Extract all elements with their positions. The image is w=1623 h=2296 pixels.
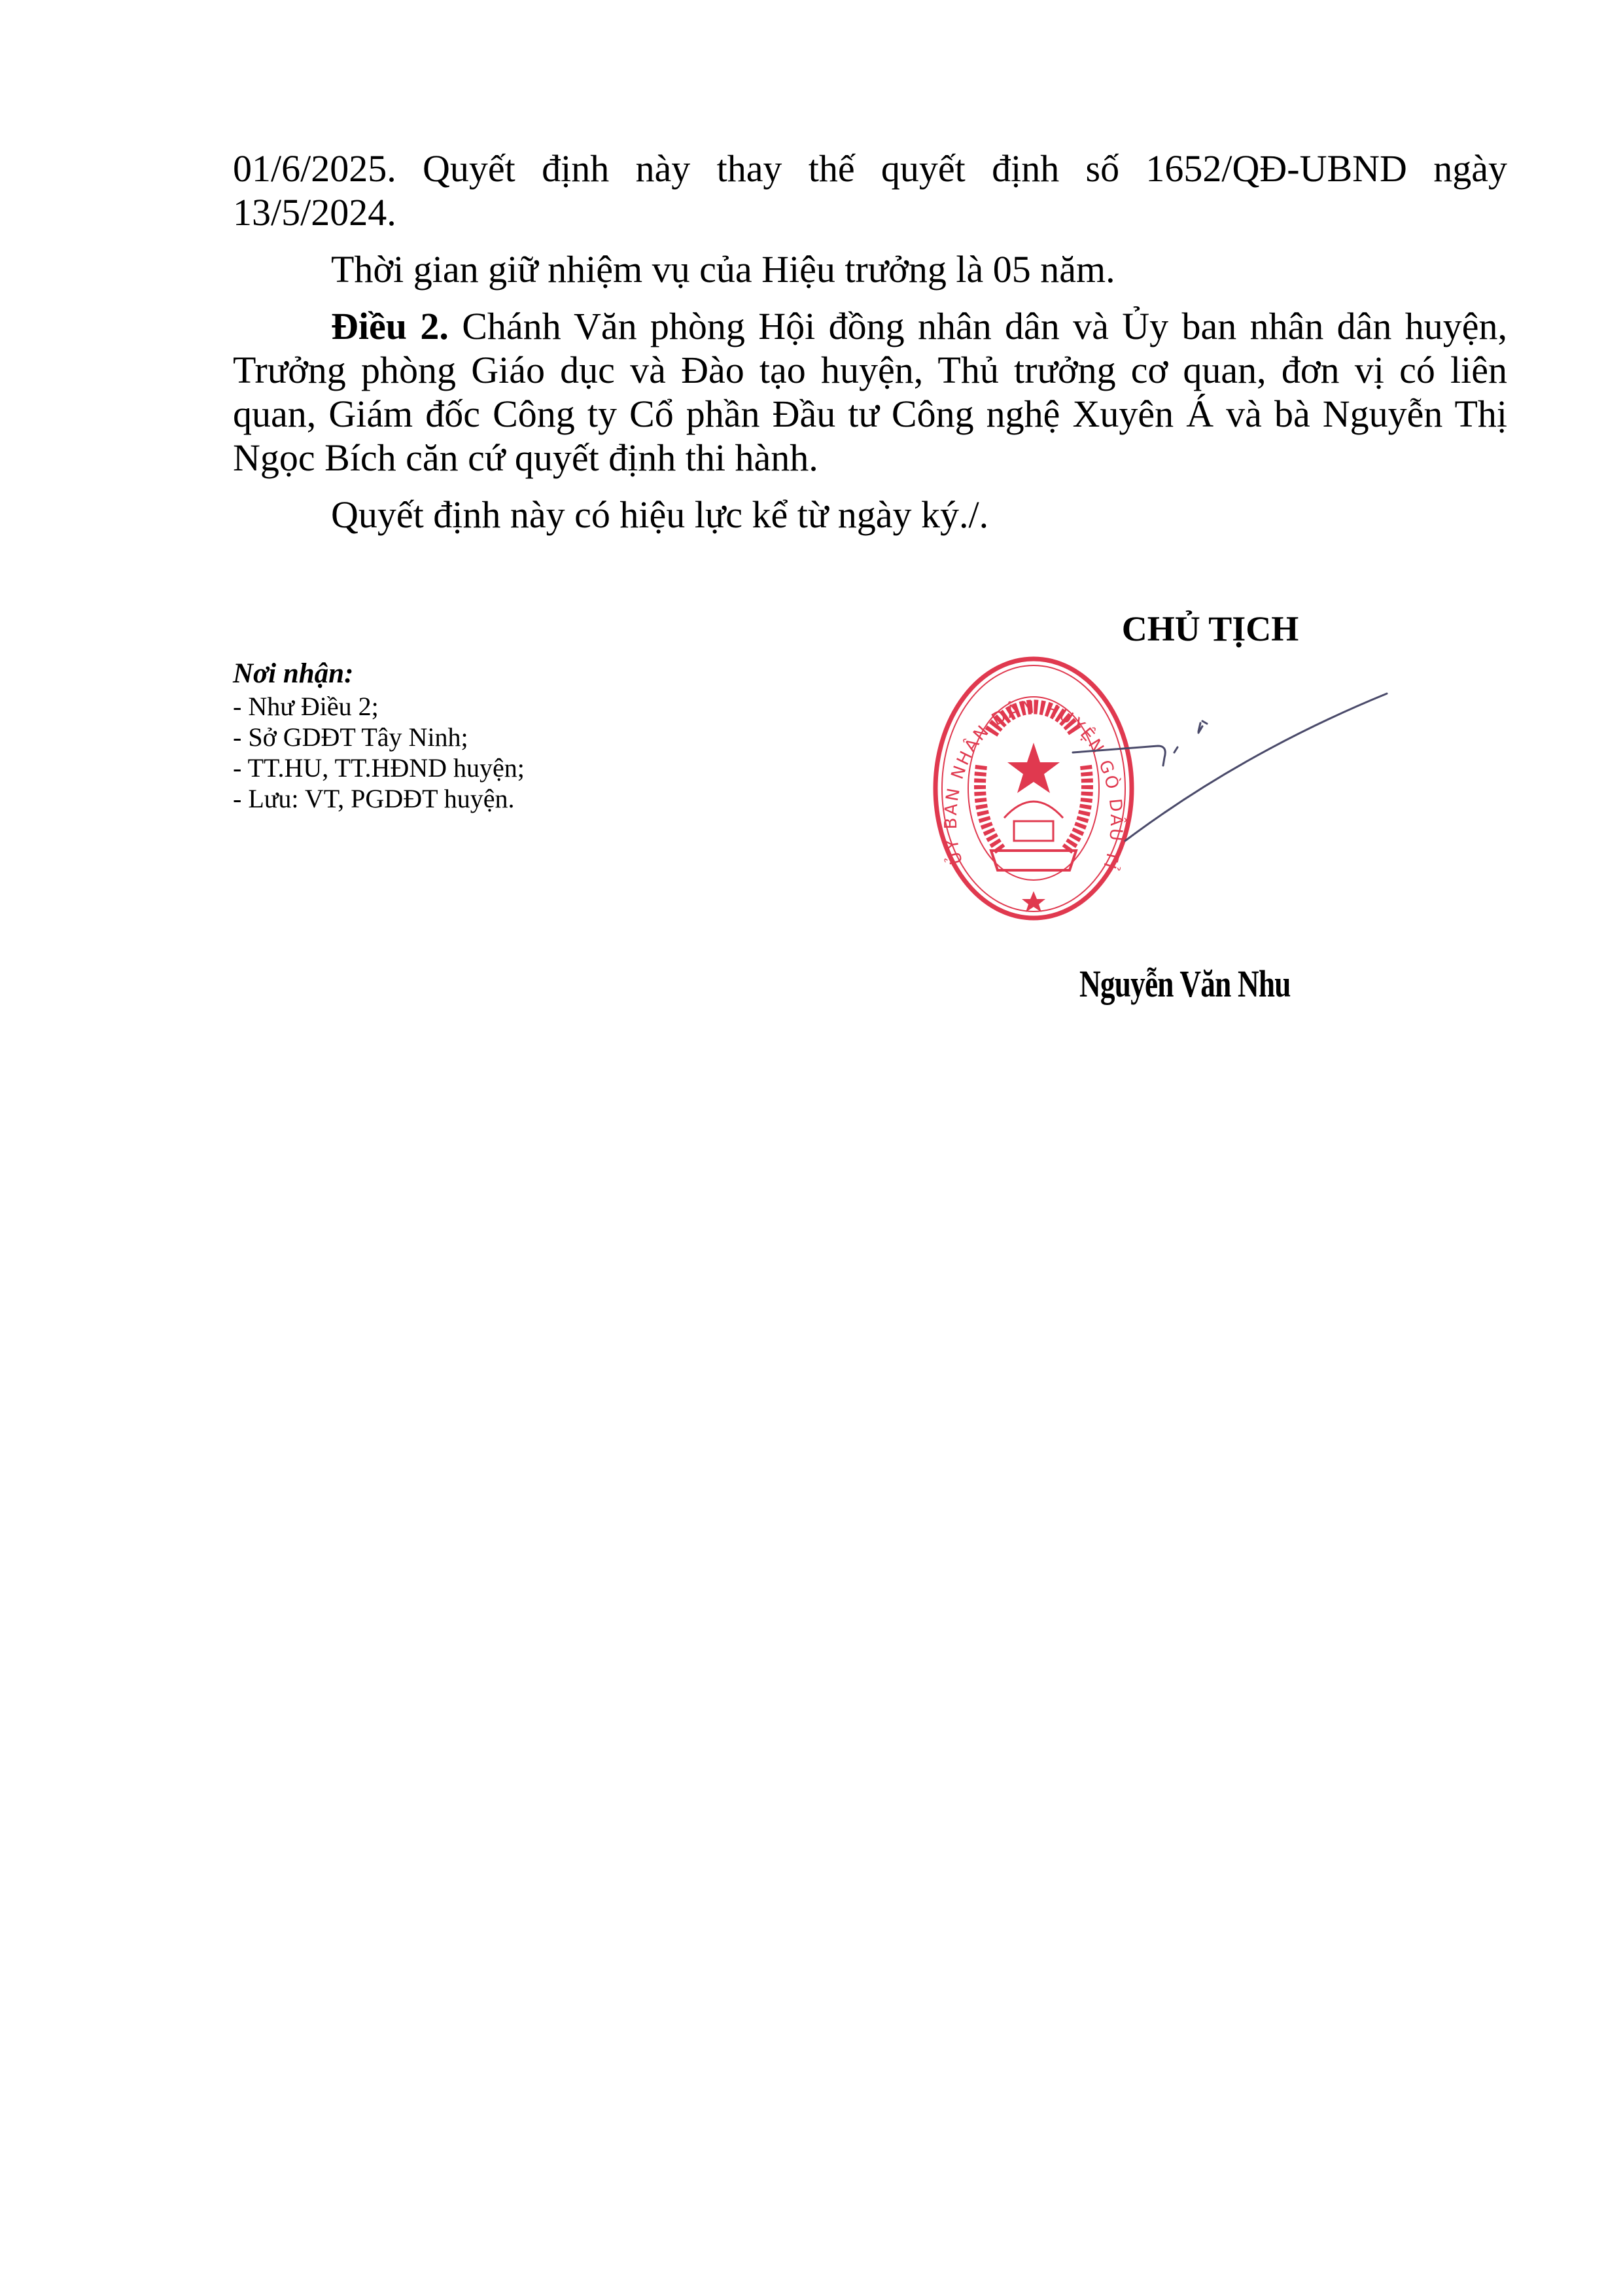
paragraph-article-2: Điều 2. Chánh Văn phòng Hội đồng nhân dâ…	[233, 304, 1507, 480]
paragraph-text: 01/6/2025. Quyết định này thay thế quyết…	[233, 147, 1507, 234]
recipient-item: - TT.HU, TT.HĐND huyện;	[233, 752, 525, 783]
handwritten-signature-icon	[1047, 680, 1400, 857]
paragraph-effective: Quyết định này có hiệu lực kể từ ngày ký…	[233, 493, 1507, 537]
paragraph-text: Quyết định này có hiệu lực kể từ ngày ký…	[331, 493, 988, 536]
signer-title: CHỦ TỊCH	[1112, 609, 1308, 649]
paragraph-text: Thời gian giữ nhiệm vụ của Hiệu trưởng l…	[331, 248, 1115, 291]
signer-name: Nguyễn Văn Nhu	[1079, 962, 1291, 1006]
paragraph-replacement-note: 01/6/2025. Quyết định này thay thế quyết…	[233, 147, 1507, 234]
recipient-item: - Sở GDĐT Tây Ninh;	[233, 722, 525, 752]
document-body: 01/6/2025. Quyết định này thay thế quyết…	[233, 147, 1507, 550]
recipients-block: Nơi nhận: - Như Điều 2; - Sở GDĐT Tây Ni…	[233, 657, 525, 814]
article-heading: Điều 2.	[331, 305, 449, 347]
paragraph-term: Thời gian giữ nhiệm vụ của Hiệu trưởng l…	[233, 247, 1507, 291]
recipients-title: Nơi nhận:	[233, 657, 525, 691]
recipient-item: - Lưu: VT, PGDĐT huyện.	[233, 783, 525, 814]
recipient-item: - Như Điều 2;	[233, 691, 525, 722]
recipients-list: - Như Điều 2; - Sở GDĐT Tây Ninh; - TT.H…	[233, 691, 525, 814]
